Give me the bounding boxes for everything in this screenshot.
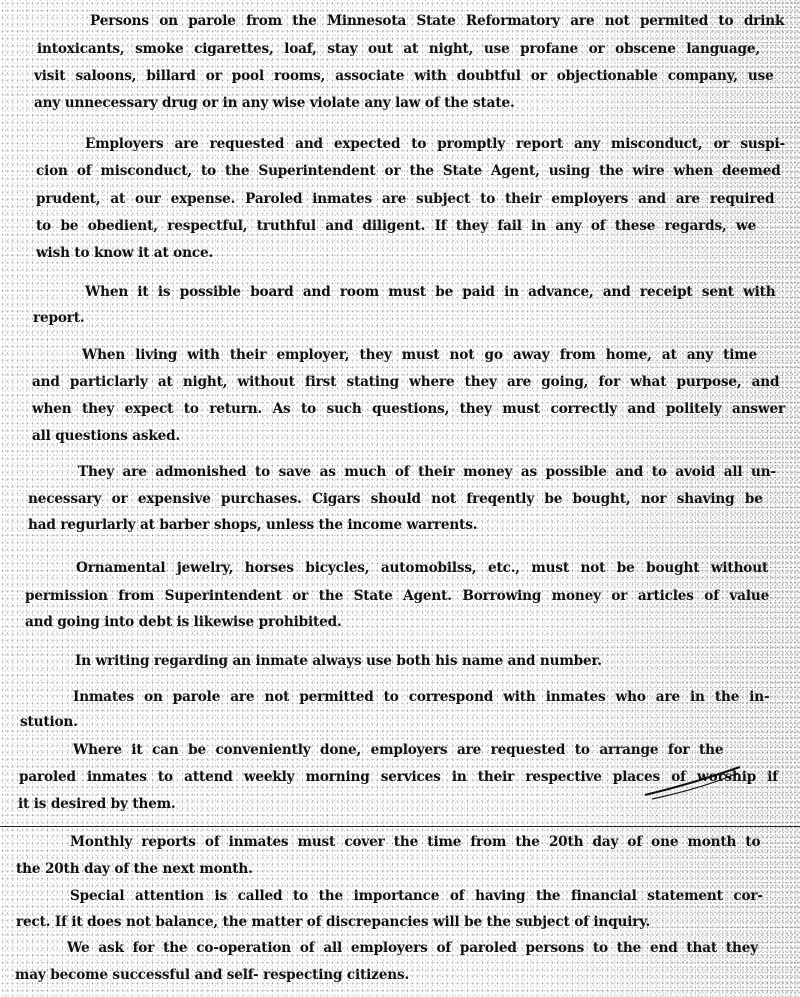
text-line: When it is possible board and room must … bbox=[85, 283, 776, 301]
text-line: cion of misconduct, to the Superintenden… bbox=[36, 162, 781, 180]
text-line: intoxicants, smoke cigarettes, loaf, sta… bbox=[37, 40, 760, 58]
text-line: They are admonished to save as much of t… bbox=[78, 463, 776, 481]
text-line: Where it can be conveniently done, emplo… bbox=[73, 741, 723, 759]
text-line: Employers are requested and expected to … bbox=[85, 135, 785, 153]
text-line: When living with their employer, they mu… bbox=[82, 346, 757, 364]
text-line: Inmates on parole are not permitted to c… bbox=[73, 688, 770, 706]
text-line: In writing regarding an inmate always us… bbox=[75, 652, 602, 670]
text-line: Persons on parole from the Minnesota Sta… bbox=[90, 12, 784, 30]
text-line: necessary or expensive purchases. Cigars… bbox=[28, 490, 763, 508]
text-line: permission from Superintendent or the St… bbox=[25, 587, 769, 605]
text-line: it is desired by them. bbox=[18, 795, 176, 813]
text-line: visit saloons, billard or pool rooms, as… bbox=[34, 67, 774, 85]
text-line: Ornamental jewelry, horses bicycles, aut… bbox=[76, 559, 768, 577]
text-line: wish to know it at once. bbox=[36, 244, 213, 262]
horizontal-divider bbox=[0, 826, 800, 827]
text-line: when they expect to return. As to such q… bbox=[32, 400, 785, 418]
text-line: paroled inmates to attend weekly morning… bbox=[19, 768, 778, 786]
text-line: We ask for the co-operation of all emplo… bbox=[67, 939, 758, 957]
text-line: stution. bbox=[20, 713, 78, 731]
text-line: all questions asked. bbox=[32, 427, 180, 445]
text-line: may become successful and self- respecti… bbox=[15, 966, 409, 984]
text-line: the 20th day of the next month. bbox=[16, 860, 253, 878]
text-line: report. bbox=[33, 309, 85, 327]
text-line: and going into debt is likewise prohibit… bbox=[25, 613, 342, 631]
text-line: rect. If it does not balance, the matter… bbox=[16, 913, 650, 931]
text-line: and particlarly at night, without first … bbox=[32, 373, 779, 391]
text-line: to be obedient, respectful, truthful and… bbox=[36, 217, 756, 235]
text-line: prudent, at our expense. Paroled inmates… bbox=[36, 190, 774, 208]
text-line: any unnecessary drug or in any wise viol… bbox=[34, 94, 515, 112]
text-line: had regurlarly at barber shops, unless t… bbox=[28, 516, 477, 534]
text-line: Monthly reports of inmates must cover th… bbox=[70, 833, 760, 851]
text-line: Special attention is called to the impor… bbox=[70, 887, 763, 905]
